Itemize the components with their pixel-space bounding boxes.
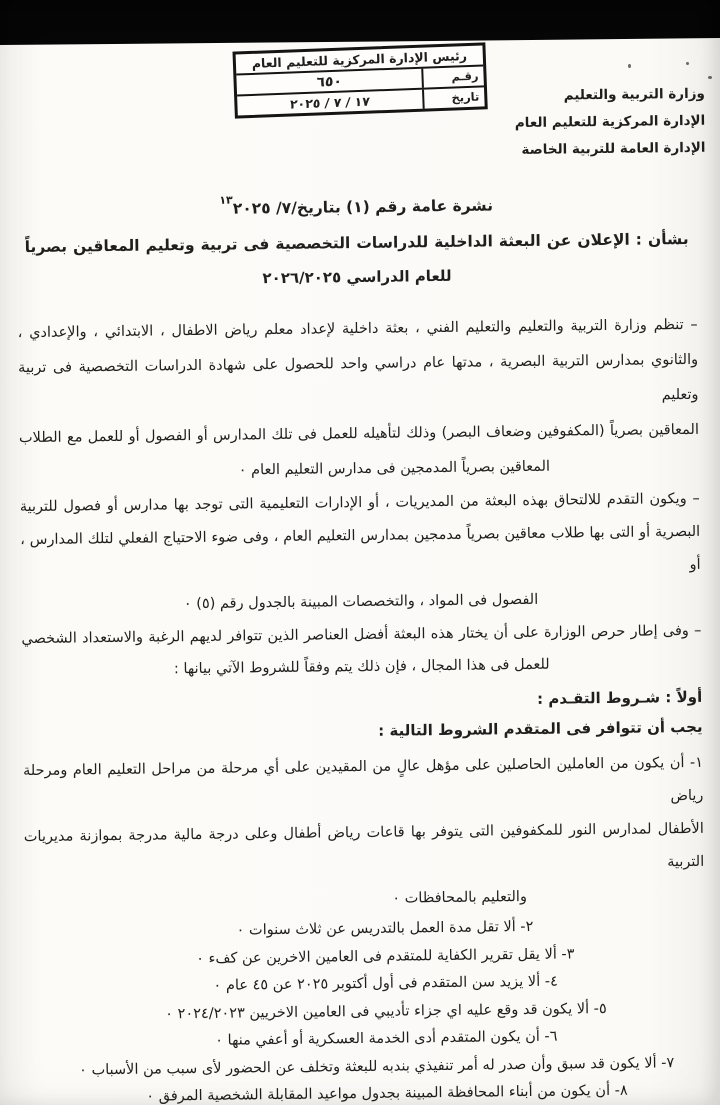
condition-line: الأطفال لمدارس النور للمكفوفين التى يتوف…: [24, 813, 705, 887]
scan-speck: [686, 62, 689, 65]
ministry-header: وزارة التربية والتعليم الإدارة المركزية …: [514, 81, 705, 164]
bulletin-body: – تنظم وزارة التربية والتعليم والتعليم ا…: [17, 308, 707, 1105]
paragraph-3: – وفى إطار حرص الوزارة على أن يختار هذه …: [21, 615, 702, 687]
section-subheading: يجب أن تتوافر فى المتقدم الشروط التالية …: [22, 713, 702, 749]
paragraph-2: – ويكون التقدم للالتحاق بهذه البعثة من ا…: [20, 483, 702, 623]
paragraph-line: والثانوي بمدارس التربية البصرية ، مدتها …: [18, 343, 699, 421]
registry-stamp: رئيس الإدارة المركزية للتعليم العام رقـم…: [232, 42, 487, 118]
stamp-date-value: ‭٢٠٢٥ / ٧ / ١٧‬: [237, 92, 423, 114]
scan-speck: [708, 76, 712, 79]
scanned-document-page: رئيس الإدارة المركزية للتعليم العام رقـم…: [0, 0, 720, 1105]
bulletin-school-year: للعام الدراسي ‭٢٠٢٦/٢٠٢٥‬: [25, 262, 689, 292]
stamp-date-label: تاريخ: [422, 87, 485, 108]
bulletin-subject: بشأن : الإعلان عن البعثة الداخلية للدراس…: [25, 228, 689, 258]
condition-line: ١- أن يكون من العاملين الحاصلين على مؤهل…: [23, 747, 704, 821]
paragraph-line: البصرية أو التى بها طلاب معاقين بصرياً م…: [20, 516, 701, 590]
ministry-line-3: الإدارة العامة للتربية الخاصة: [515, 135, 706, 164]
ministry-line-1: وزارة التربية والتعليم: [514, 81, 705, 110]
stamp-number-label: رقـم: [421, 66, 484, 87]
bulletin-title-block: نشرة عامة رقم (١) بتاريخ١٣‭٢٠٢٥ /٧/‬ بشأ…: [24, 188, 689, 292]
scanner-black-band: [0, 0, 720, 46]
conditions-list: ٢- ألا تقل مدة العمل بالتدريس عن ثلاث سن…: [25, 912, 707, 1105]
ministry-line-2: الإدارة المركزية للتعليم العام: [515, 108, 706, 137]
bulletin-number-date: نشرة عامة رقم (١) بتاريخ١٣‭٢٠٢٥ /٧/‬: [24, 188, 688, 222]
scan-speck: [628, 64, 631, 68]
bulletin-number-text: نشرة عامة رقم (١) بتاريخ: [297, 197, 493, 217]
stamp-number-value: ٦٥٠: [236, 70, 422, 93]
paragraph-1: – تنظم وزارة التربية والتعليم والتعليم ا…: [17, 308, 699, 491]
condition-1: ١- أن يكون من العاملين الحاصلين على مؤهل…: [23, 747, 705, 920]
bulletin-day-superscript: ١٣: [219, 194, 233, 207]
